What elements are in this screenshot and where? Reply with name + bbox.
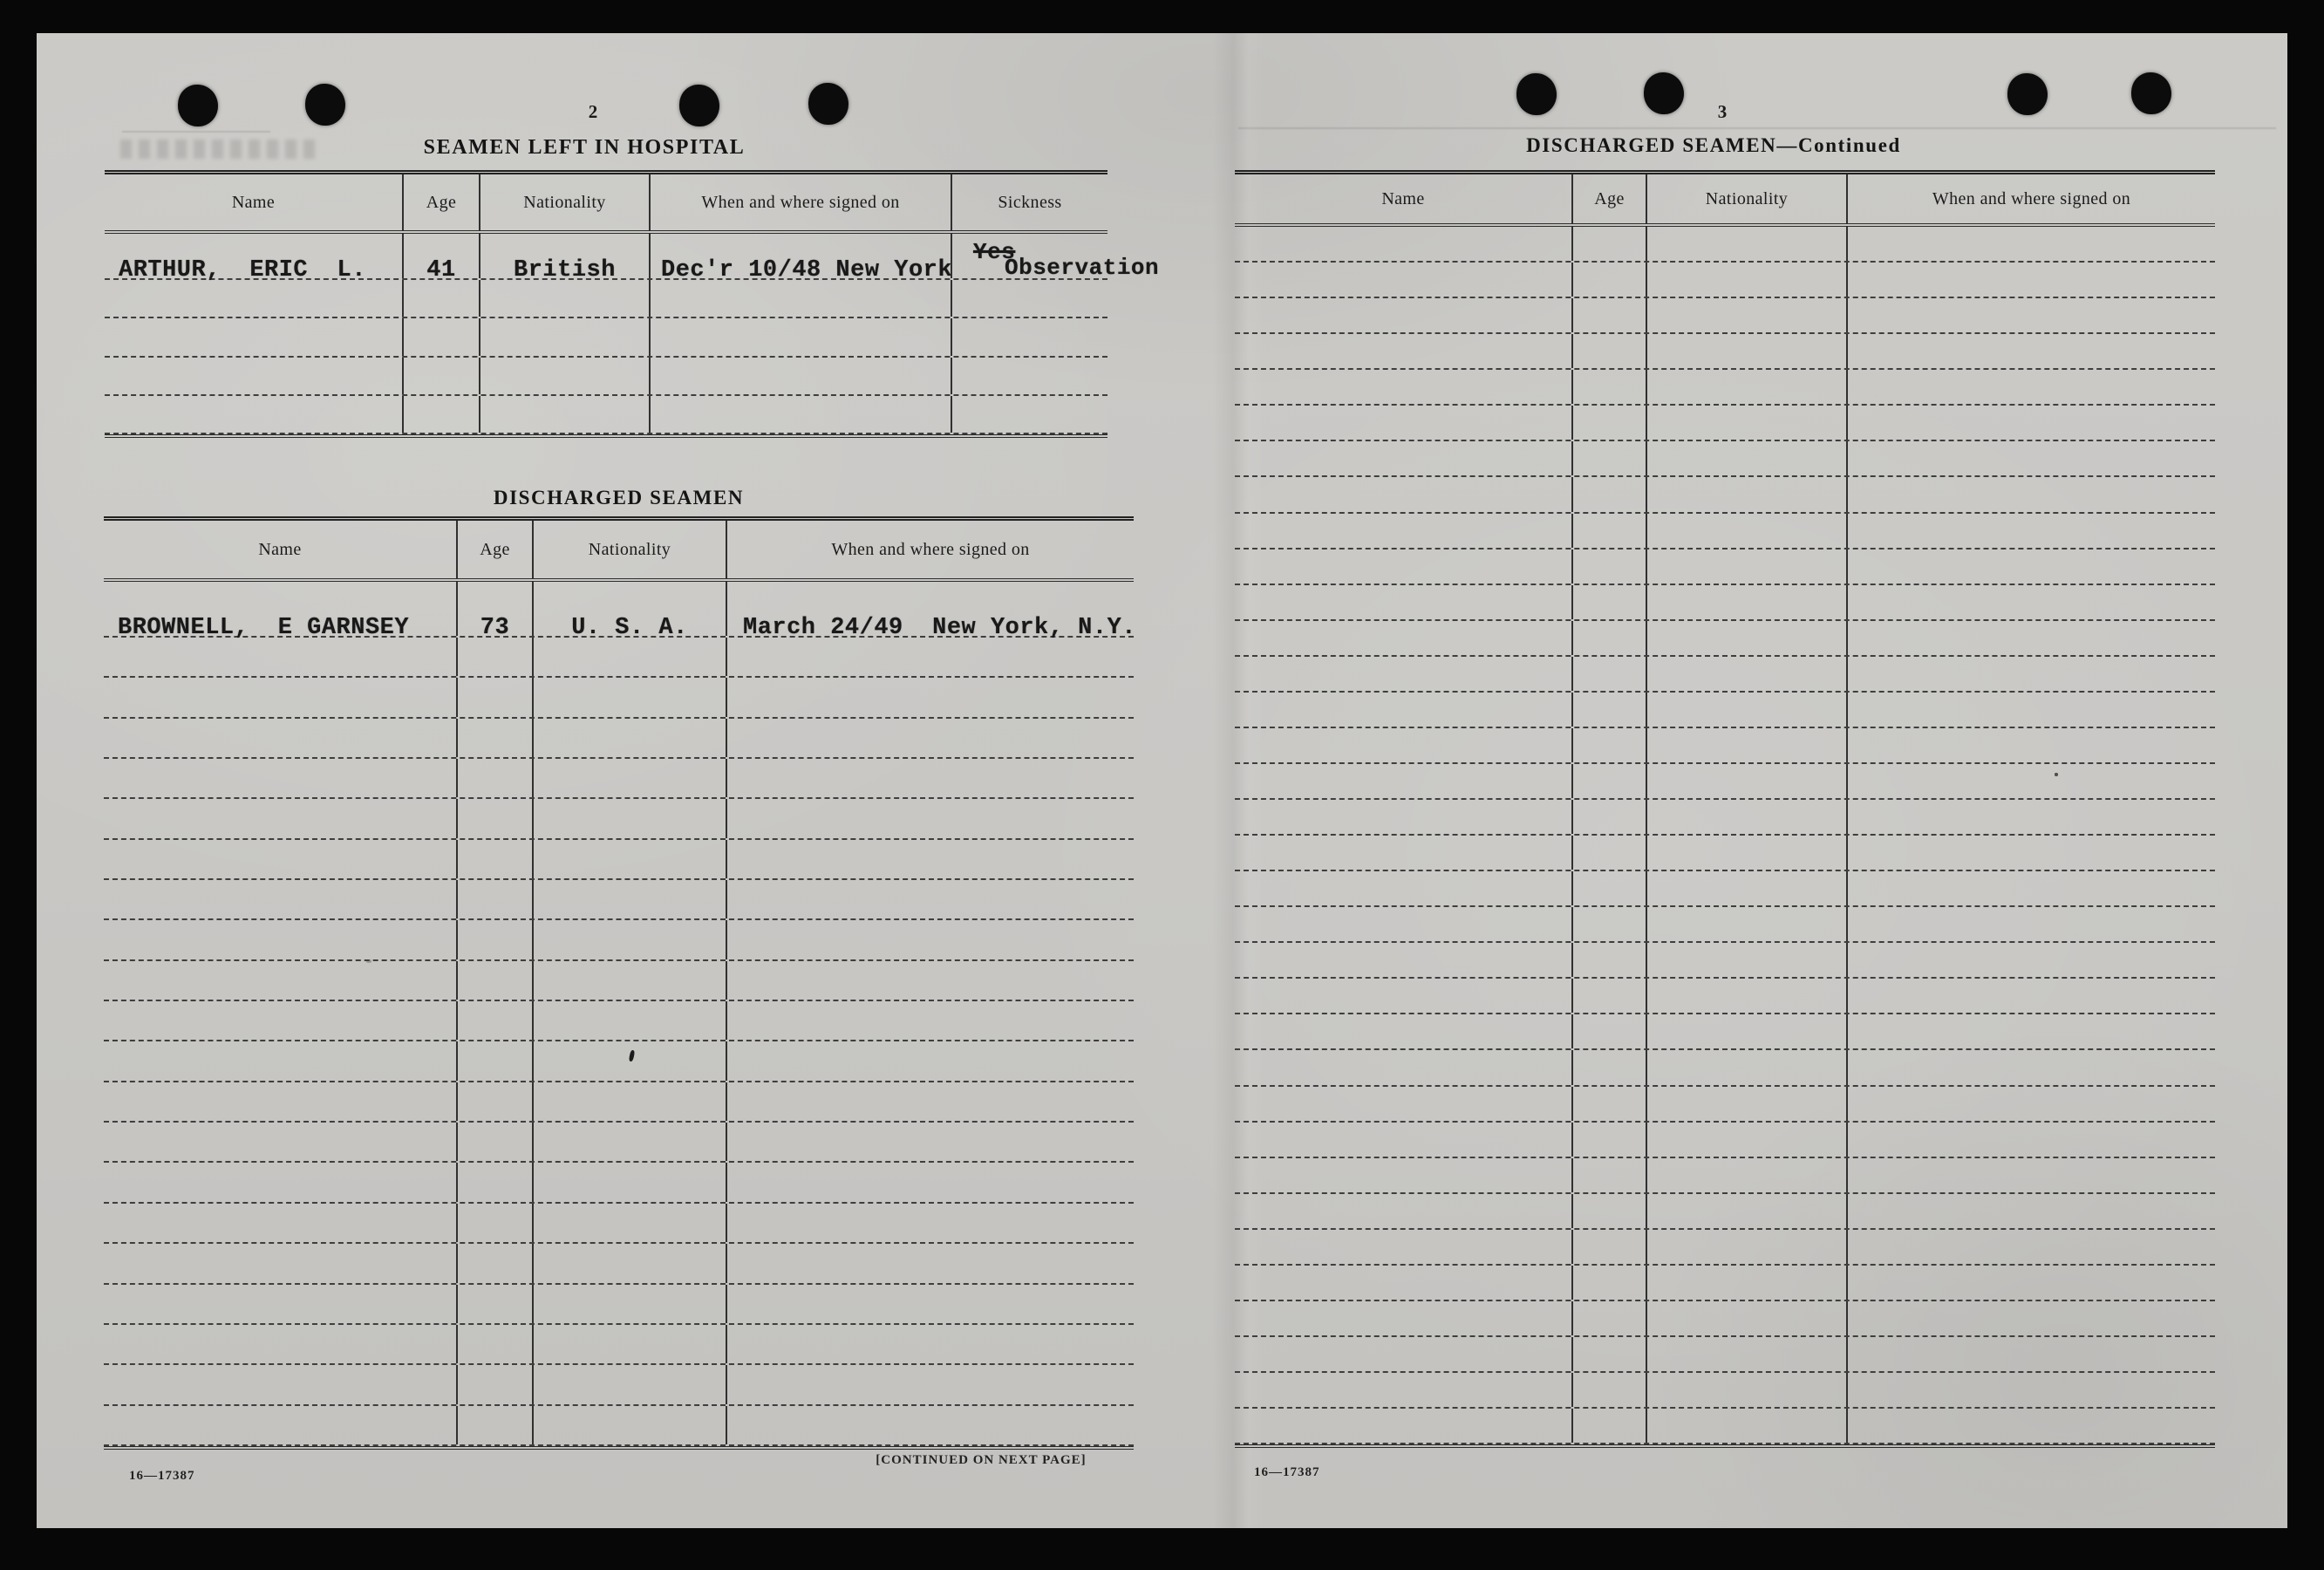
empty-table-row	[104, 840, 1134, 880]
column-header-nationality: Nationality	[479, 174, 649, 230]
column-header-signed-on: When and where signed on	[726, 521, 1134, 578]
empty-table-row	[104, 1123, 1134, 1163]
column-header-signed-on: When and where signed on	[1846, 174, 2215, 223]
column-header-nationality: Nationality	[532, 521, 726, 578]
empty-table-row	[104, 1365, 1134, 1405]
empty-table-row	[1235, 800, 2215, 836]
empty-table-row	[1235, 441, 2215, 477]
empty-table-row	[105, 280, 1107, 318]
empty-table-row	[1235, 1087, 2215, 1123]
empty-table-row	[104, 719, 1134, 759]
empty-table-row	[1235, 907, 2215, 943]
empty-table-row	[1235, 1050, 2215, 1086]
empty-table-row	[1235, 1194, 2215, 1230]
empty-table-row	[104, 638, 1134, 678]
empty-table-row	[104, 961, 1134, 1001]
empty-table-row	[105, 396, 1107, 434]
empty-table-row	[104, 1325, 1134, 1365]
empty-table-row	[1235, 871, 2215, 907]
empty-table-row	[1235, 1373, 2215, 1409]
hospital-table-body: ARTHUR, ERIC L. 41 British Dec'r 10/48 N…	[105, 234, 1107, 434]
empty-table-row	[104, 1244, 1134, 1284]
empty-table-row	[1235, 227, 2215, 263]
discharged-section-title: DISCHARGED SEAMEN	[104, 487, 1134, 509]
empty-table-row	[1235, 298, 2215, 334]
table-row-brownell: BROWNELL, E GARNSEY 73 U. S. A. March 24…	[104, 582, 1134, 638]
column-header-age: Age	[1571, 174, 1646, 223]
empty-table-row	[1235, 1123, 2215, 1158]
left-page-number: 2	[105, 101, 1081, 123]
table-row-arthur: ARTHUR, ERIC L. 41 British Dec'r 10/48 N…	[105, 234, 1107, 280]
empty-table-row	[1235, 836, 2215, 871]
discharged-table-body: BROWNELL, E GARNSEY 73 U. S. A. March 24…	[104, 582, 1134, 1446]
sickness-entry: Observation	[1005, 255, 1159, 281]
empty-table-row	[1235, 764, 2215, 800]
empty-table-row	[1235, 693, 2215, 728]
empty-table-row	[1235, 1230, 2215, 1266]
empty-table-row	[1235, 657, 2215, 693]
empty-table-row	[104, 678, 1134, 718]
hospital-table-header: Name Age Nationality When and where sign…	[105, 174, 1107, 234]
empty-table-row	[104, 1285, 1134, 1325]
bleed-through-line	[1238, 127, 2276, 129]
discharged-continued-table-body	[1235, 227, 2215, 1444]
empty-table-row	[1235, 1266, 2215, 1301]
empty-table-row	[104, 880, 1134, 920]
column-header-age: Age	[456, 521, 532, 578]
column-header-name: Name	[105, 174, 402, 230]
empty-table-row	[1235, 549, 2215, 585]
empty-table-row	[1235, 1158, 2215, 1194]
empty-table-row	[1235, 370, 2215, 406]
empty-table-row	[104, 1406, 1134, 1446]
empty-table-row	[1235, 1409, 2215, 1444]
column-header-signed-on: When and where signed on	[649, 174, 951, 230]
form-number-right: 16—17387	[1254, 1465, 1320, 1480]
empty-table-row	[104, 1204, 1134, 1244]
column-header-name: Name	[104, 521, 456, 578]
empty-table-row	[104, 1082, 1134, 1123]
discharged-continued-table: Name Age Nationality When and where sign…	[1235, 170, 2215, 1448]
continued-on-next-page-note: [CONTINUED ON NEXT PAGE]	[833, 1453, 1129, 1468]
empty-table-row	[104, 1001, 1134, 1041]
column-header-name: Name	[1235, 174, 1571, 223]
empty-table-row	[1235, 1301, 2215, 1337]
empty-table-row	[105, 358, 1107, 396]
empty-table-row	[1235, 585, 2215, 621]
column-header-nationality: Nationality	[1646, 174, 1846, 223]
bleed-through-line	[122, 131, 270, 133]
column-header-age: Age	[402, 174, 479, 230]
discharged-table-header: Name Age Nationality When and where sign…	[104, 521, 1134, 582]
hospital-section-title: SEAMEN LEFT IN HOSPITAL	[105, 136, 1064, 160]
empty-table-row	[1235, 514, 2215, 549]
empty-table-row	[1235, 263, 2215, 298]
empty-table-row	[104, 759, 1134, 799]
empty-table-row	[1235, 728, 2215, 764]
empty-table-row	[104, 1163, 1134, 1203]
discharged-table: Name Age Nationality When and where sign…	[104, 516, 1134, 1450]
empty-table-row	[105, 318, 1107, 357]
form-number-left: 16—17387	[129, 1469, 195, 1484]
scanned-crew-list-document: 2 SEAMEN LEFT IN HOSPITAL Name Age Natio…	[0, 0, 2324, 1570]
empty-table-row	[1235, 621, 2215, 657]
empty-table-row	[1235, 979, 2215, 1014]
discharged-continued-title: DISCHARGED SEAMEN—Continued	[1217, 134, 2211, 157]
empty-table-row	[1235, 1337, 2215, 1373]
empty-table-row	[1235, 406, 2215, 441]
discharged-continued-table-header: Name Age Nationality When and where sign…	[1235, 174, 2215, 227]
right-page-number: 3	[1217, 101, 2228, 123]
empty-table-row	[104, 920, 1134, 960]
hospital-table: Name Age Nationality When and where sign…	[105, 170, 1107, 438]
empty-table-row	[1235, 334, 2215, 370]
empty-table-row	[1235, 477, 2215, 513]
empty-table-row	[104, 799, 1134, 839]
column-header-sickness: Sickness	[951, 174, 1107, 230]
empty-table-row	[104, 1041, 1134, 1082]
empty-table-row	[1235, 1014, 2215, 1050]
empty-table-row	[1235, 943, 2215, 979]
